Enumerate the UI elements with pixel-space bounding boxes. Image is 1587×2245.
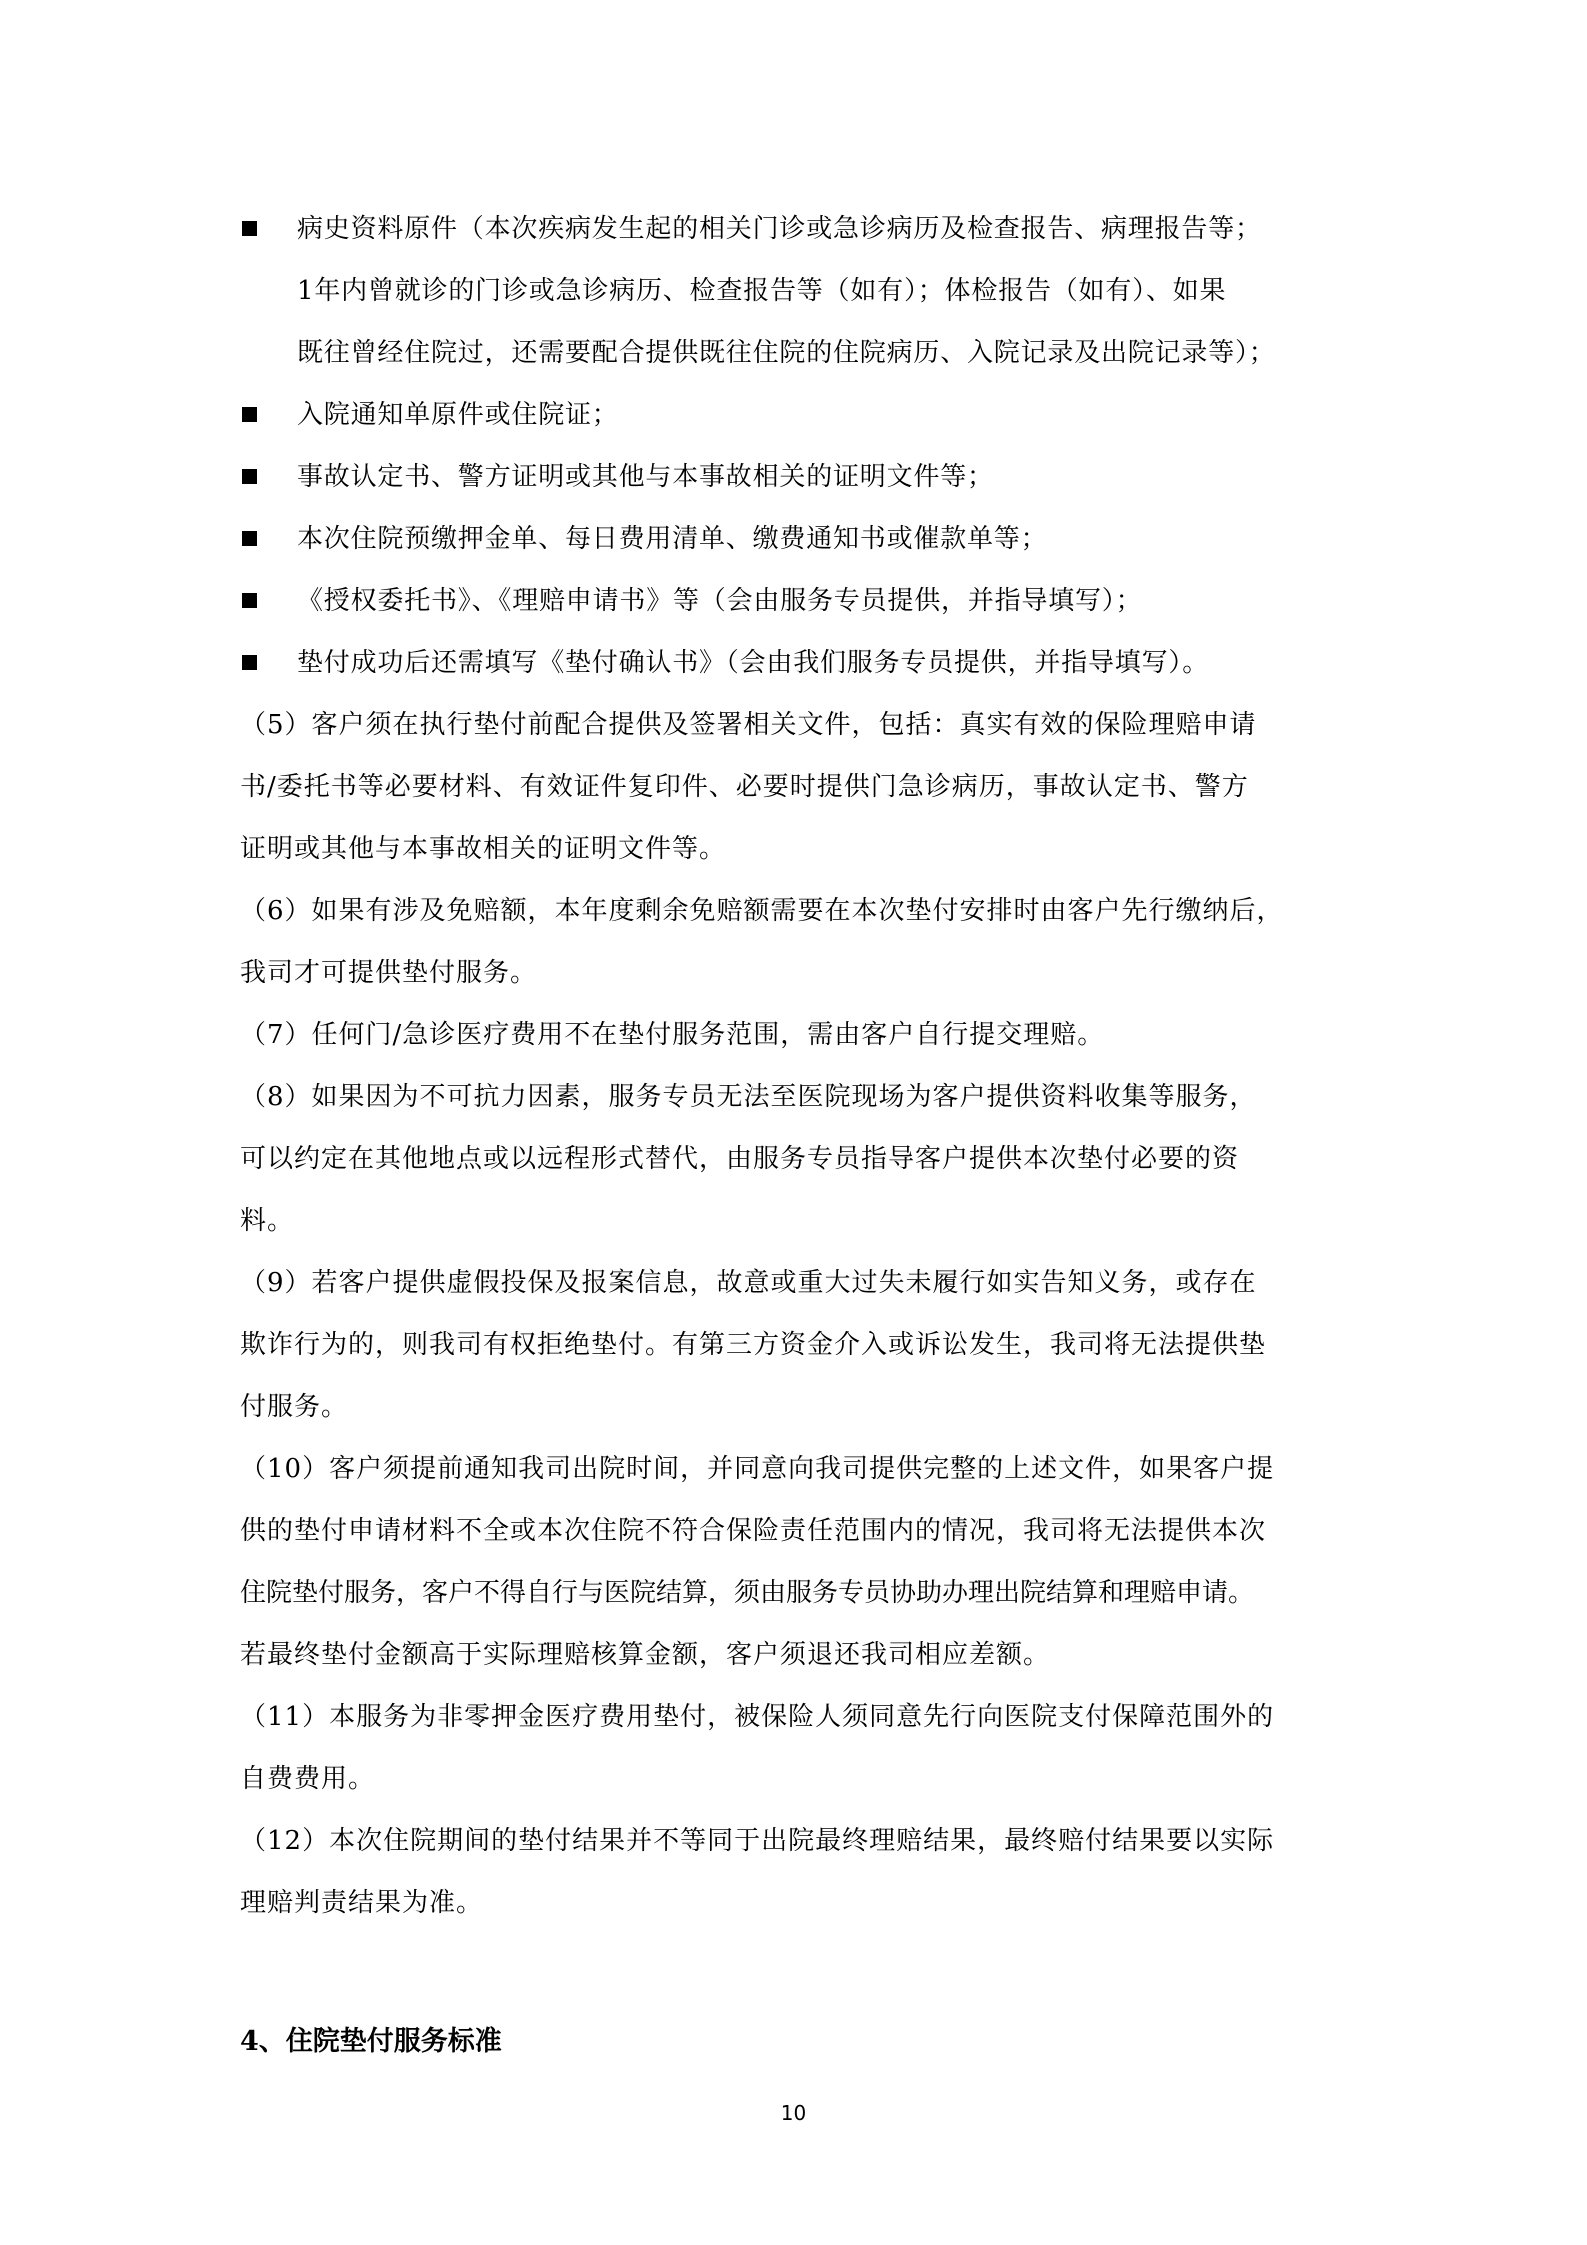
paragraph-line: 理赔判责结果为准。: [240, 1872, 1350, 1934]
paragraph-line: 可以约定在其他地点或以远程形式替代，由服务专员指导客户提供本次垫付必要的资: [240, 1128, 1350, 1190]
square-bullet-icon: [242, 655, 257, 670]
list-item: 病史资料原件（本次疾病发生起的相关门诊或急诊病历及检查报告、病理报告等； 1年内…: [240, 198, 1350, 384]
paragraph-line: 自费费用。: [240, 1748, 1350, 1810]
clause-6: （6）如果有涉及免赔额，本年度剩余免赔额需要在本次垫付安排时由客户先行缴纳后， …: [240, 880, 1350, 1004]
clause-10: （10）客户须提前通知我司出院时间，并同意向我司提供完整的上述文件，如果客户提 …: [240, 1438, 1350, 1686]
square-bullet-icon: [242, 407, 257, 422]
paragraph-line: 欺诈行为的，则我司有权拒绝垫付。有第三方资金介入或诉讼发生，我司将无法提供垫: [240, 1314, 1350, 1376]
paragraph-line: （10）客户须提前通知我司出院时间，并同意向我司提供完整的上述文件，如果客户提: [240, 1438, 1350, 1500]
list-item-line: 入院通知单原件或住院证；: [297, 384, 1350, 446]
paragraph-line: （7）任何门/急诊医疗费用不在垫付服务范围，需由客户自行提交理赔。: [240, 1004, 1350, 1066]
clause-7: （7）任何门/急诊医疗费用不在垫付服务范围，需由客户自行提交理赔。: [240, 1004, 1350, 1066]
paragraph-line: 书/委托书等必要材料、有效证件复印件、必要时提供门急诊病历，事故认定书、警方: [240, 756, 1350, 818]
square-bullet-icon: [242, 531, 257, 546]
paragraph-line: 供的垫付申请材料不全或本次住院不符合保险责任范围内的情况，我司将无法提供本次: [240, 1500, 1350, 1562]
clause-8: （8）如果因为不可抗力因素，服务专员无法至医院现场为客户提供资料收集等服务， 可…: [240, 1066, 1350, 1252]
paragraph-line: 住院垫付服务，客户不得自行与医院结算，须由服务专员协助办理出院结算和理赔申请。: [240, 1562, 1350, 1624]
list-item-line: 垫付成功后还需填写《垫付确认书》（会由我们服务专员提供，并指导填写）。: [297, 632, 1350, 694]
paragraph-line: 证明或其他与本事故相关的证明文件等。: [240, 818, 1350, 880]
clause-11: （11）本服务为非零押金医疗费用垫付，被保险人须同意先行向医院支付保障范围外的 …: [240, 1686, 1350, 1810]
list-item-line: 1年内曾就诊的门诊或急诊病历、检查报告等（如有）；体检报告（如有）、如果: [297, 260, 1350, 322]
list-item-line: 《授权委托书》、《理赔申请书》等（会由服务专员提供，并指导填写）；: [297, 570, 1350, 632]
paragraph-line: 料。: [240, 1190, 1350, 1252]
list-item: 本次住院预缴押金单、每日费用清单、缴费通知书或催款单等；: [240, 508, 1350, 570]
paragraph-line: （12）本次住院期间的垫付结果并不等同于出院最终理赔结果，最终赔付结果要以实际: [240, 1810, 1350, 1872]
paragraph-line: （5）客户须在执行垫付前配合提供及签署相关文件，包括：真实有效的保险理赔申请: [240, 694, 1350, 756]
list-item: 事故认定书、警方证明或其他与本事故相关的证明文件等；: [240, 446, 1350, 508]
paragraph-line: （11）本服务为非零押金医疗费用垫付，被保险人须同意先行向医院支付保障范围外的: [240, 1686, 1350, 1748]
page-content: 病史资料原件（本次疾病发生起的相关门诊或急诊病历及检查报告、病理报告等； 1年内…: [240, 198, 1350, 1934]
list-item: 《授权委托书》、《理赔申请书》等（会由服务专员提供，并指导填写）；: [240, 570, 1350, 632]
paragraph-line: （8）如果因为不可抗力因素，服务专员无法至医院现场为客户提供资料收集等服务，: [240, 1066, 1350, 1128]
list-item: 垫付成功后还需填写《垫付确认书》（会由我们服务专员提供，并指导填写）。: [240, 632, 1350, 694]
paragraph-line: （6）如果有涉及免赔额，本年度剩余免赔额需要在本次垫付安排时由客户先行缴纳后，: [240, 880, 1350, 942]
clause-9: （9）若客户提供虚假投保及报案信息，故意或重大过失未履行如实告知义务，或存在 欺…: [240, 1252, 1350, 1438]
required-documents-list: 病史资料原件（本次疾病发生起的相关门诊或急诊病历及检查报告、病理报告等； 1年内…: [240, 198, 1350, 694]
paragraph-line: 若最终垫付金额高于实际理赔核算金额，客户须退还我司相应差额。: [240, 1624, 1350, 1686]
document-page: 病史资料原件（本次疾病发生起的相关门诊或急诊病历及检查报告、病理报告等； 1年内…: [0, 0, 1587, 2245]
square-bullet-icon: [242, 221, 257, 236]
list-item-line: 病史资料原件（本次疾病发生起的相关门诊或急诊病历及检查报告、病理报告等；: [297, 198, 1350, 260]
clause-5: （5）客户须在执行垫付前配合提供及签署相关文件，包括：真实有效的保险理赔申请 书…: [240, 694, 1350, 880]
list-item: 入院通知单原件或住院证；: [240, 384, 1350, 446]
paragraph-line: （9）若客户提供虚假投保及报案信息，故意或重大过失未履行如实告知义务，或存在: [240, 1252, 1350, 1314]
paragraph-line: 付服务。: [240, 1376, 1350, 1438]
paragraph-line: 我司才可提供垫付服务。: [240, 942, 1350, 1004]
list-item-line: 既往曾经住院过，还需要配合提供既往住院的住院病历、入院记录及出院记录等）；: [297, 322, 1350, 384]
section-heading: 4、住院垫付服务标准: [240, 2022, 502, 2062]
clause-12: （12）本次住院期间的垫付结果并不等同于出院最终理赔结果，最终赔付结果要以实际 …: [240, 1810, 1350, 1934]
page-number: 10: [0, 2100, 1587, 2126]
square-bullet-icon: [242, 469, 257, 484]
list-item-line: 事故认定书、警方证明或其他与本事故相关的证明文件等；: [297, 446, 1350, 508]
list-item-line: 本次住院预缴押金单、每日费用清单、缴费通知书或催款单等；: [297, 508, 1350, 570]
square-bullet-icon: [242, 593, 257, 608]
